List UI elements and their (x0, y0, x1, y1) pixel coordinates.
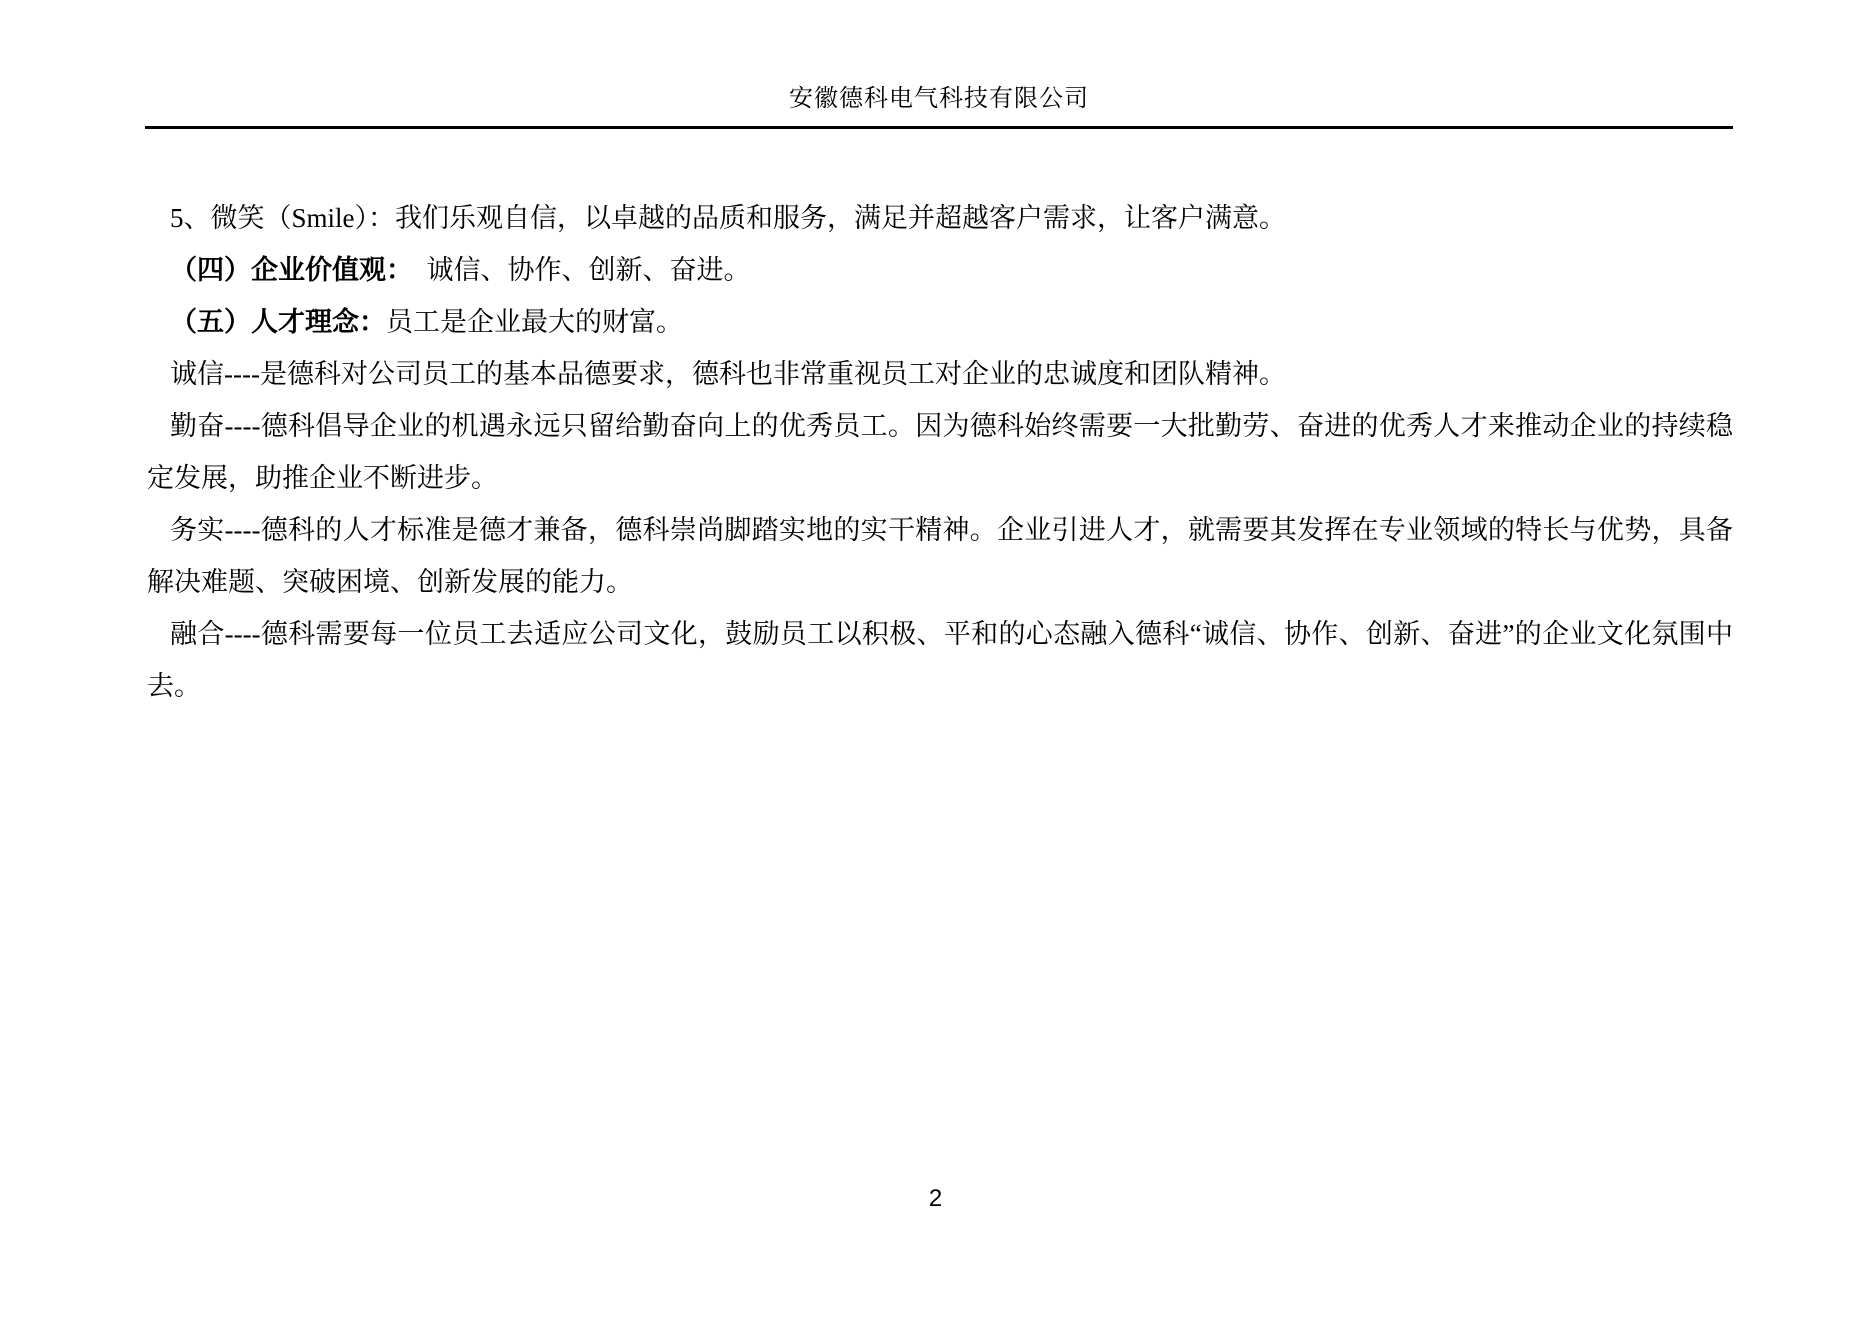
paragraph-text-run: 诚信----是德科对公司员工的基本品德要求，德科也非常重视员工对企业的忠诚度和团… (170, 359, 1286, 389)
paragraph-bold-run: （四）企业价值观： (170, 255, 400, 285)
paragraph-integration: 融合----德科需要每一位员工去适应公司文化，鼓励员工以积极、平和的心态融入德科… (147, 608, 1733, 712)
paragraph-diligence: 勤奋----德科倡导企业的机遇永远只留给勤奋向上的优秀员工。因为德科始终需要一大… (147, 400, 1733, 504)
paragraph-bold-run: （五）人才理念： (170, 307, 386, 337)
document-page: 安徽德科电气科技有限公司 5、微笑（Smile）：我们乐观自信，以卓越的品质和服… (0, 0, 1871, 1323)
paragraph-text-run: 融合----德科需要每一位员工去适应公司文化，鼓励员工以积极、平和的心态融入德科… (147, 619, 1733, 701)
paragraph-text-run: 务实----德科的人才标准是德才兼备，德科崇尚脚踏实地的实干精神。企业引进人才，… (147, 515, 1733, 597)
page-number: 2 (929, 1185, 942, 1212)
document-footer: 2 (0, 1184, 1871, 1214)
header-rule (145, 126, 1733, 129)
paragraph-text-run: 诚信、协作、创新、奋进。 (400, 255, 751, 285)
company-name: 安徽德科电气科技有限公司 (789, 86, 1089, 112)
paragraph-pragmatism: 务实----德科的人才标准是德才兼备，德科崇尚脚踏实地的实干精神。企业引进人才，… (147, 504, 1733, 608)
document-body: 5、微笑（Smile）：我们乐观自信，以卓越的品质和服务，满足并超越客户需求，让… (147, 192, 1733, 712)
paragraph-text-run: 员工是企业最大的财富。 (386, 307, 683, 337)
paragraph-integrity: 诚信----是德科对公司员工的基本品德要求，德科也非常重视员工对企业的忠诚度和团… (147, 348, 1733, 400)
paragraph-smile: 5、微笑（Smile）：我们乐观自信，以卓越的品质和服务，满足并超越客户需求，让… (147, 192, 1733, 244)
paragraph-talent-philosophy: （五）人才理念：员工是企业最大的财富。 (147, 296, 1733, 348)
paragraph-text-run: 5、微笑（Smile）：我们乐观自信，以卓越的品质和服务，满足并超越客户需求，让… (170, 203, 1286, 233)
paragraph-text-run: 勤奋----德科倡导企业的机遇永远只留给勤奋向上的优秀员工。因为德科始终需要一大… (147, 411, 1733, 493)
paragraph-corporate-values: （四）企业价值观： 诚信、协作、创新、奋进。 (147, 244, 1733, 296)
document-header: 安徽德科电气科技有限公司 (145, 84, 1733, 114)
